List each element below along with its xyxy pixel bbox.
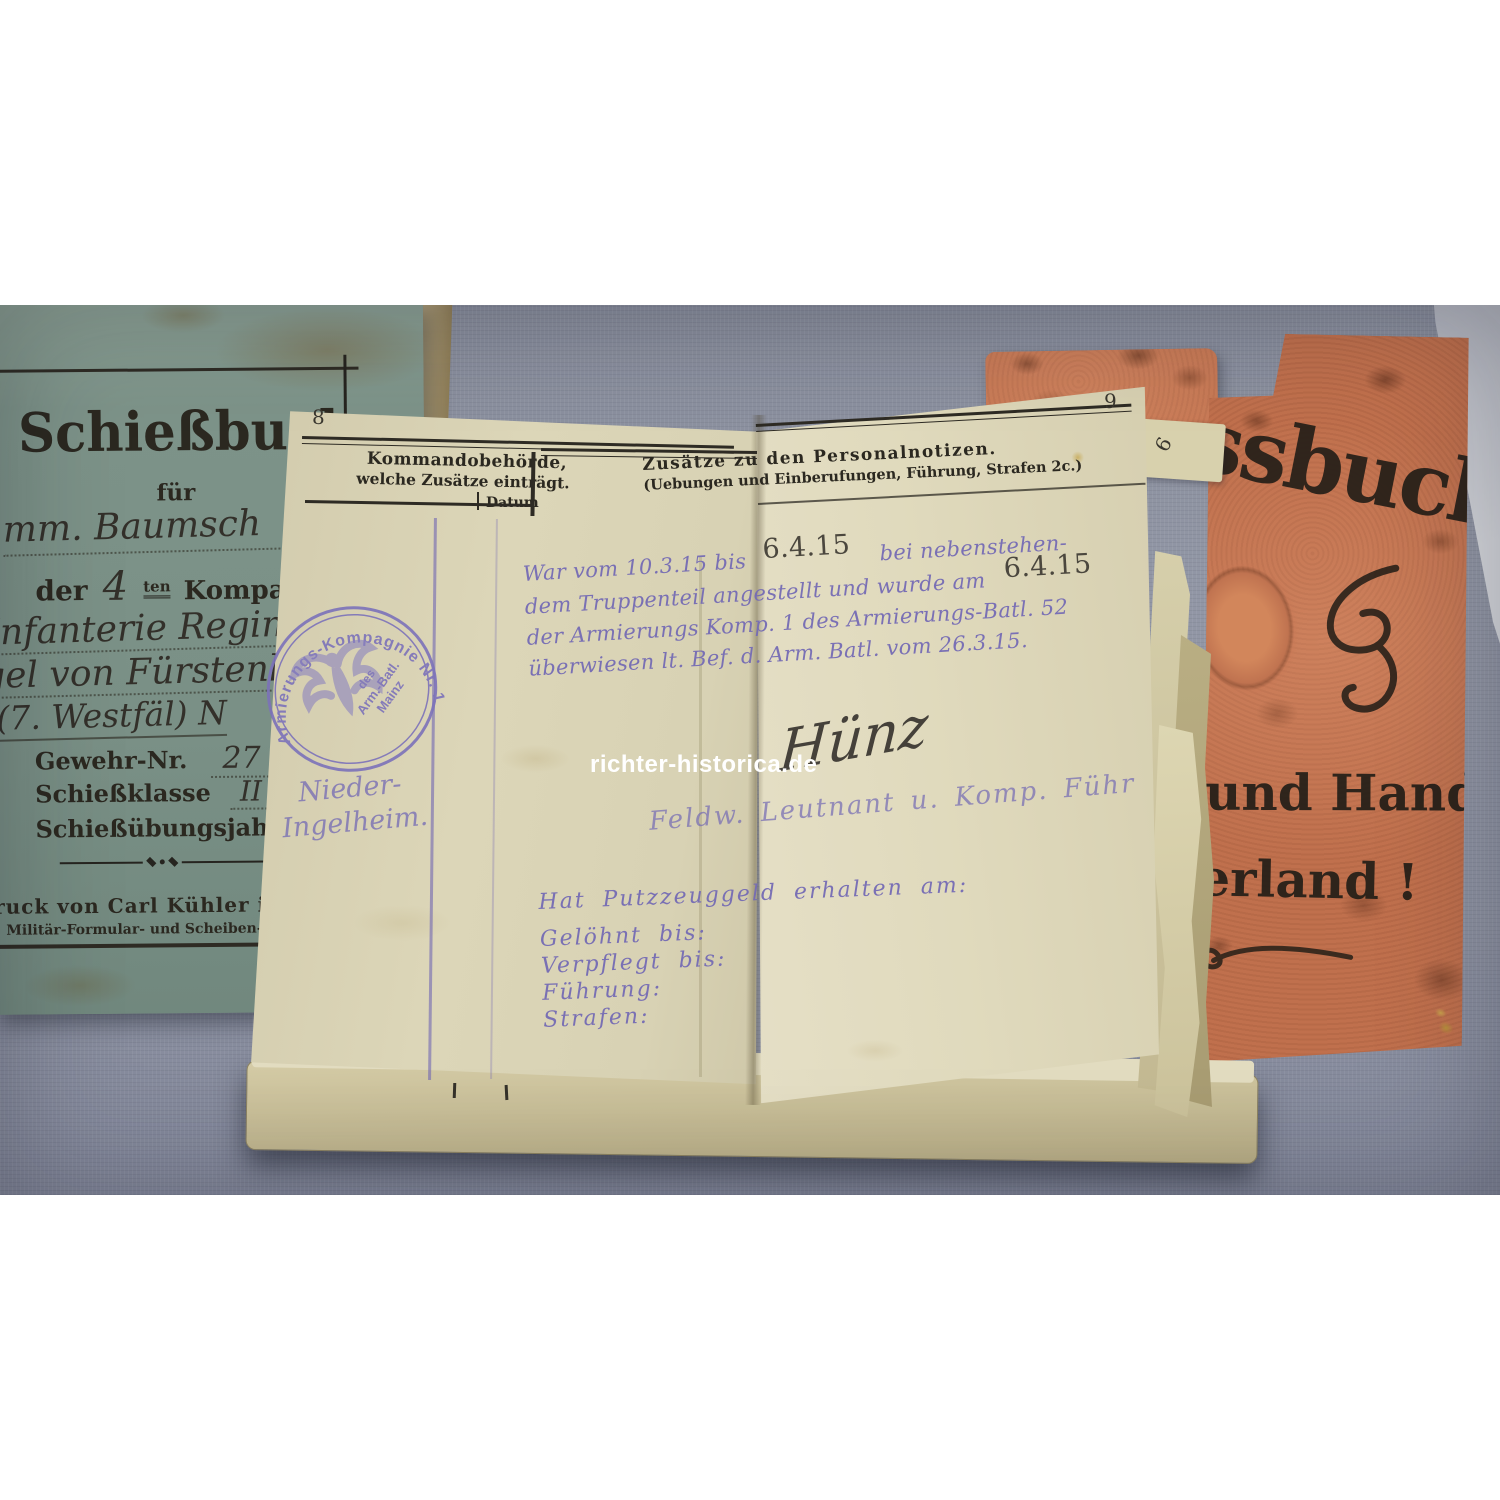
- orange-book-title: ssbuch: [1187, 390, 1500, 551]
- ornament-line-left: [60, 861, 143, 864]
- gold-tassel: [1426, 1002, 1461, 1039]
- left-page-number: 8: [312, 405, 325, 429]
- kompagnie-number-handwriting: 4: [92, 564, 138, 610]
- loose-page-number: 9: [1149, 433, 1176, 456]
- cover-frame-hline: [0, 367, 358, 373]
- gewehr-row: Gewehr-Nr. 27: [35, 740, 285, 777]
- gewehr-label: Gewehr-Nr.: [35, 745, 188, 775]
- entry-line1-date: 6.4.15: [762, 529, 851, 565]
- kompagnie-ordinal: ten: [143, 577, 171, 598]
- notes-handwriting-block: Hat Putzzeuggeld erhalten am: Gelöhnt bi…: [538, 872, 973, 1034]
- motto-line-1: und Hand: [1205, 763, 1481, 823]
- right-page-number: 9: [1104, 389, 1117, 413]
- ornament-line-right: [182, 860, 265, 863]
- flourish-swirl: [1284, 556, 1423, 729]
- regiment-handwriting-3: (7. Westfäl) N: [0, 693, 228, 742]
- ornament-diamond-2: [168, 857, 178, 867]
- ornament-diamond-1: [146, 857, 156, 867]
- orange-schiessbuch-cover: ssbuch und Hand terland !: [1195, 332, 1476, 1067]
- datum-divider: [477, 492, 479, 510]
- klasse-row: Schießklasse II: [35, 774, 290, 809]
- entry-line2-date: 6.4.15: [1003, 548, 1092, 584]
- green-book-title: Schießbuch: [18, 398, 332, 465]
- unit-stamp: Armierungs-Kompagnie Nr. 1 des Arm.-Batl…: [245, 582, 458, 795]
- watermark: richter-historica.de: [590, 751, 817, 779]
- ornament-dot: [160, 859, 165, 864]
- ornament-divider: [60, 857, 265, 868]
- motto-swash-underline: [1195, 934, 1356, 979]
- green-book-dedication: für: [156, 479, 195, 506]
- photo-backdrop: Schießbuch für mm. Baumsch der 4 ten Kom…: [0, 305, 1500, 1195]
- photo-canvas: Schießbuch für mm. Baumsch der 4 ten Kom…: [0, 0, 1500, 1500]
- klasse-label: Schießklasse: [35, 778, 211, 809]
- page-bottom-tick-1: [453, 1083, 457, 1098]
- kompagnie-prefix: der: [35, 574, 87, 607]
